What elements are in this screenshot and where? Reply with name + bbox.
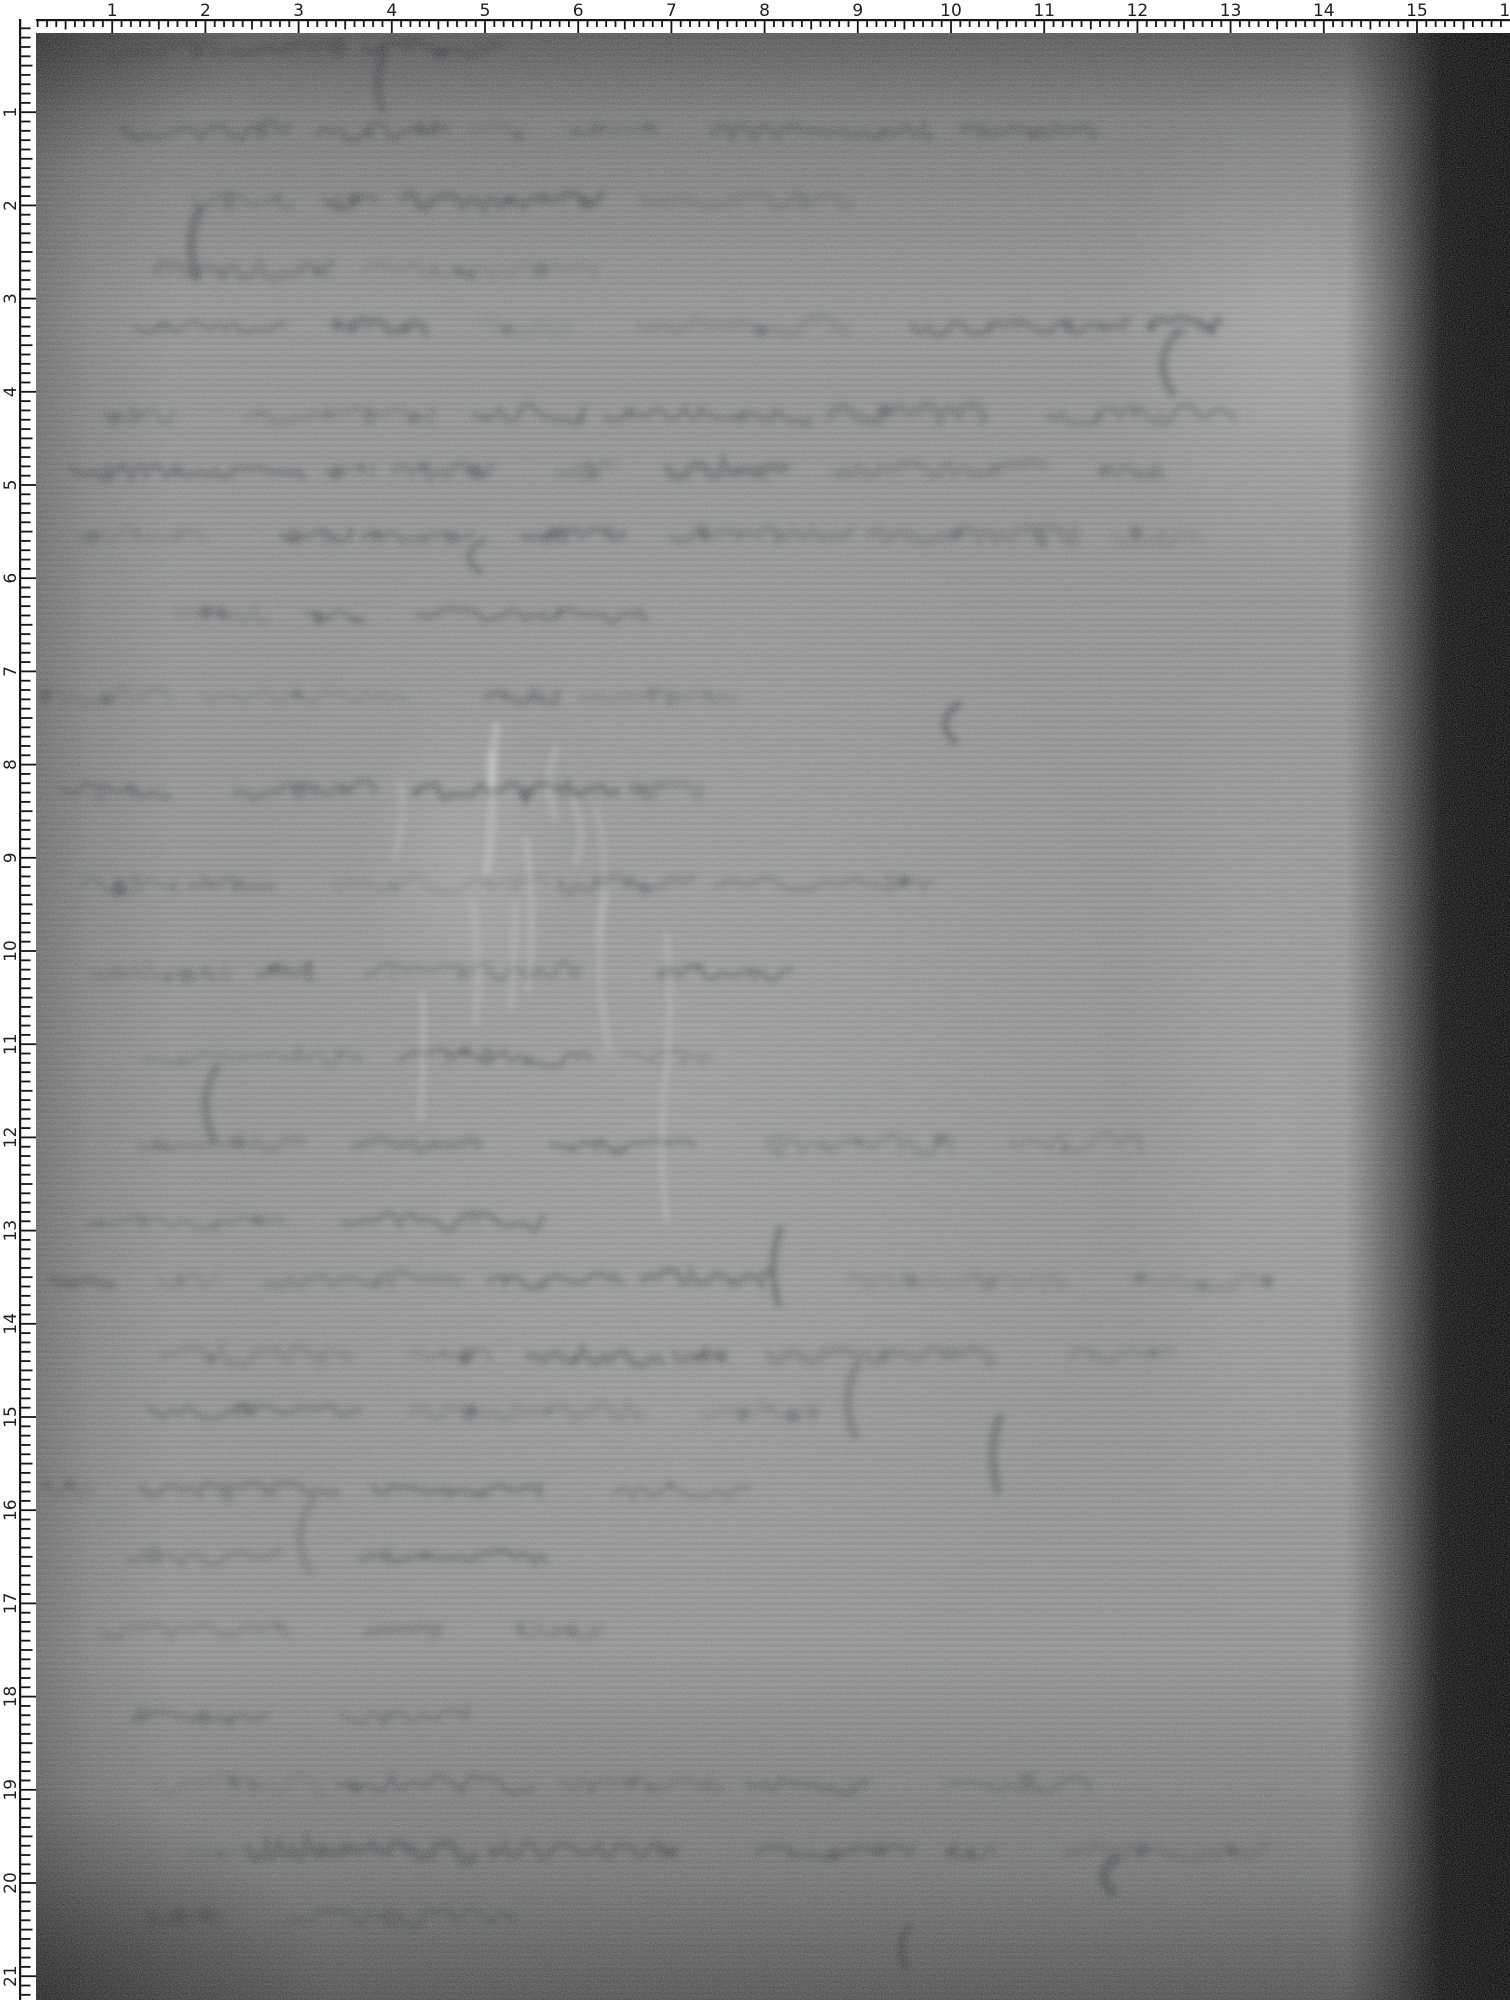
left-ruler-labels: 123456789101112131415161718192021 bbox=[1, 107, 21, 1987]
ruler-vertical: 123456789101112131415161718192021 bbox=[0, 0, 36, 2000]
ruler-number: 9 bbox=[852, 1, 863, 21]
ruler-number: 21 bbox=[1, 1965, 21, 1987]
top-ruler-labels: 012345678910111213141516 bbox=[14, 1, 1510, 21]
ruler-number: 16 bbox=[1499, 1, 1510, 21]
ruler-number: 20 bbox=[1, 1872, 21, 1894]
scan-viewport: 012345678910111213141516 123456789101112… bbox=[0, 0, 1510, 2000]
ruler-number: 15 bbox=[1406, 1, 1428, 21]
ruler-number: 4 bbox=[1, 386, 21, 397]
ruler-number: 12 bbox=[1, 1127, 21, 1149]
ruler-vertical-scale: 123456789101112131415161718192021 bbox=[0, 0, 36, 2000]
ruler-number: 17 bbox=[1, 1593, 21, 1615]
ruler-number: 1 bbox=[1, 107, 21, 118]
ruler-number: 4 bbox=[386, 1, 397, 21]
top-ruler-ticks bbox=[18, 20, 1502, 33]
ruler-number: 13 bbox=[1, 1220, 21, 1242]
ruler-number: 12 bbox=[1127, 1, 1149, 21]
ruler-number: 5 bbox=[1, 480, 21, 491]
ruler-number: 3 bbox=[293, 1, 304, 21]
ruler-number: 19 bbox=[1, 1779, 21, 1801]
ruler-number: 7 bbox=[1, 666, 21, 677]
ruler-number: 2 bbox=[1, 200, 21, 211]
ruler-number: 16 bbox=[1, 1499, 21, 1521]
manuscript-scan bbox=[36, 33, 1510, 2000]
ruler-number: 6 bbox=[573, 1, 584, 21]
ruler-number: 1 bbox=[107, 1, 118, 21]
ruler-number: 14 bbox=[1, 1313, 21, 1335]
ruler-horizontal-scale: 012345678910111213141516 bbox=[0, 0, 1510, 33]
ruler-number: 2 bbox=[200, 1, 211, 21]
ruler-number: 10 bbox=[1, 940, 21, 962]
left-ruler-ticks bbox=[21, 27, 36, 1995]
ruler-number: 15 bbox=[1, 1406, 21, 1428]
ruler-number: 10 bbox=[940, 1, 962, 21]
ruler-number: 7 bbox=[666, 1, 677, 21]
ruler-number: 9 bbox=[1, 852, 21, 863]
ruler-number: 8 bbox=[759, 1, 770, 21]
ruler-horizontal: 012345678910111213141516 bbox=[0, 0, 1510, 33]
ruler-number: 11 bbox=[1033, 1, 1055, 21]
ruler-number: 6 bbox=[1, 573, 21, 584]
ruler-number: 18 bbox=[1, 1686, 21, 1708]
ruler-number: 3 bbox=[1, 293, 21, 304]
ruler-number: 5 bbox=[480, 1, 491, 21]
film-grain-layer bbox=[36, 33, 1510, 2000]
ruler-number: 8 bbox=[1, 759, 21, 770]
ruler-number: 11 bbox=[1, 1033, 21, 1055]
ruler-number: 13 bbox=[1220, 1, 1242, 21]
ruler-number: 14 bbox=[1313, 1, 1335, 21]
